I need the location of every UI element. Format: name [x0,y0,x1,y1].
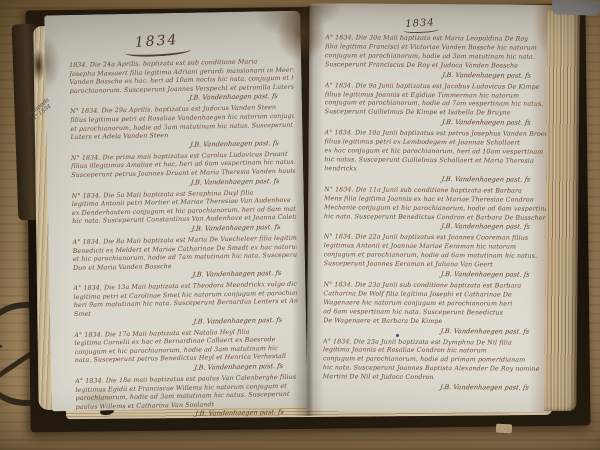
left-register-page: 1834 1834. Die 24a Aprilis, baptizata es… [44,11,308,412]
edge-stain [32,48,45,82]
baptism-entry: A° 1834. Die 30a Maii baptizata est Mari… [325,34,547,80]
baptism-entry: N° 1834. Die 23a Junii sub conditione ba… [323,281,545,336]
right-fore-edge [544,9,580,411]
heading-flourish [403,26,439,34]
photo-of-baptism-register: ON 1834 1834. Die 24a Aprilis, baptizata… [0,0,600,450]
baptism-entry: N° 1834. Die prima maii baptizatus est C… [71,150,296,189]
baptism-entry: N° 1834. Die 11a Junii sub conditione ba… [324,186,546,232]
book-gutter-shadow [292,6,324,416]
baptism-entry: 1834. Die 24a Aprilis, baptizata est sub… [69,58,294,106]
right-register-page: 1834 A° 1834. Die 30a Maii baptizata est… [307,3,554,413]
gutter-stain [276,6,326,62]
baptism-entry: A° 1834. Die 23a Junii baptizata est Dym… [323,338,545,393]
right-page-content: 1834 A° 1834. Die 30a Maii baptizata est… [307,3,554,413]
blue-ink-dot [396,334,399,337]
paper-tab [496,424,512,434]
baptism-entry: N° 1834. Die 22a Junii baptizatus est Jo… [324,234,546,280]
baptism-entry: A° 1834. Die 10a Junii baptizatus est pe… [324,130,546,185]
priest-signature: J.B. Vandenhaegen past. fs [322,382,545,393]
baptism-entry: A° 1834. Die 13a Maii baptizata est Theo… [73,281,298,329]
right-page-entries: A° 1834. Die 30a Maii baptizata est Mari… [323,34,547,393]
baptism-entry: N° 1834. Die 5a Maii baptizata est Serap… [72,188,297,236]
priest-signature: J.B. Vandenhaegen past. fs [323,222,546,233]
baptism-entry: A° 1834. Die 18a maii baptizatus est pau… [75,374,300,422]
baptism-entry: A° 1834. Die 9a Junii baptizatus est Jac… [325,82,547,128]
entry-line: hic natus. Susceperunt Guilielmus Scholl… [324,156,546,166]
left-page-entries: 1834. Die 24a Aprilis, baptizata est sub… [69,58,300,422]
baptism-entry: A° 1834. Die 8a Maii baptizata est Maria… [73,235,298,283]
priest-signature: J.B. Vandenhaegen past. fs [323,269,546,280]
priest-signature: J.B. Vandenhaegen past. fs [323,326,546,337]
left-page-content: 1834 1834. Die 24a Aprilis, baptizata es… [44,11,308,412]
priest-signature: J.B. Vandenhaegen past. fs [324,118,547,129]
priest-signature: J.B. Vandenhaegen past. fs [324,174,547,185]
priest-signature: J.B. Vandenhaegen past. fs [324,70,547,81]
stamp-letters: ON [0,340,7,362]
baptism-entry: N° 1834. Die 29a Aprilis, baptizatus est… [70,104,295,152]
baptism-entry: A° 1834. Die 17a Maii baptizata est Nata… [74,327,299,375]
background-object [552,0,600,16]
